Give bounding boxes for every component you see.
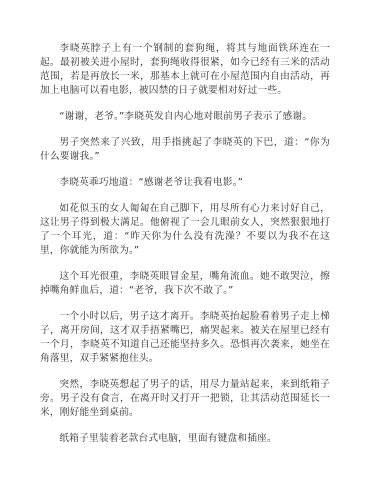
novel-page: 李晓英脖子上有一个钢制的套狗绳，将其与地面铁环连在一起。最初被关进小屋时，套狗绳… [0,0,370,480]
paragraph: “谢谢，老爷。”李晓英发自内心地对眼前男子表示了感谢。 [40,110,330,124]
paragraph: 一个小时以后，男子这才离开。李晓英抬起脸看着男子走上梯子，离开房间，这才双手捂紧… [40,310,330,366]
paragraph: 男子突然来了兴致，用手指挑起了李晓英的下巴，道：“你为什么要谢我。” [40,136,330,164]
paragraph: 李晓英乖巧地道：“感谢老爷让我看电影。” [40,176,330,190]
paragraph: 纸箱子里装着老款台式电脑，里面有键盘和插座。 [40,432,330,446]
paragraph: 如花似玉的女人匍匐在自己脚下，用尽所有心力来讨好自己，这让男子得到极大满足。他俯… [40,202,330,258]
novel-text-body: 李晓英脖子上有一个钢制的套狗绳，将其与地面铁环连在一起。最初被关进小屋时，套狗绳… [40,42,330,446]
paragraph: 李晓英脖子上有一个钢制的套狗绳，将其与地面铁环连在一起。最初被关进小屋时，套狗绳… [40,42,330,98]
paragraph: 这个耳光很重，李晓英眼冒金星，嘴角流血。她不敢哭泣，擦掉嘴角鲜血后，道：“老爷，… [40,270,330,298]
paragraph: 突然，李晓英想起了男子的话，用尽力量站起来，来到纸箱子旁。男子没有食言，在离开时… [40,378,330,420]
